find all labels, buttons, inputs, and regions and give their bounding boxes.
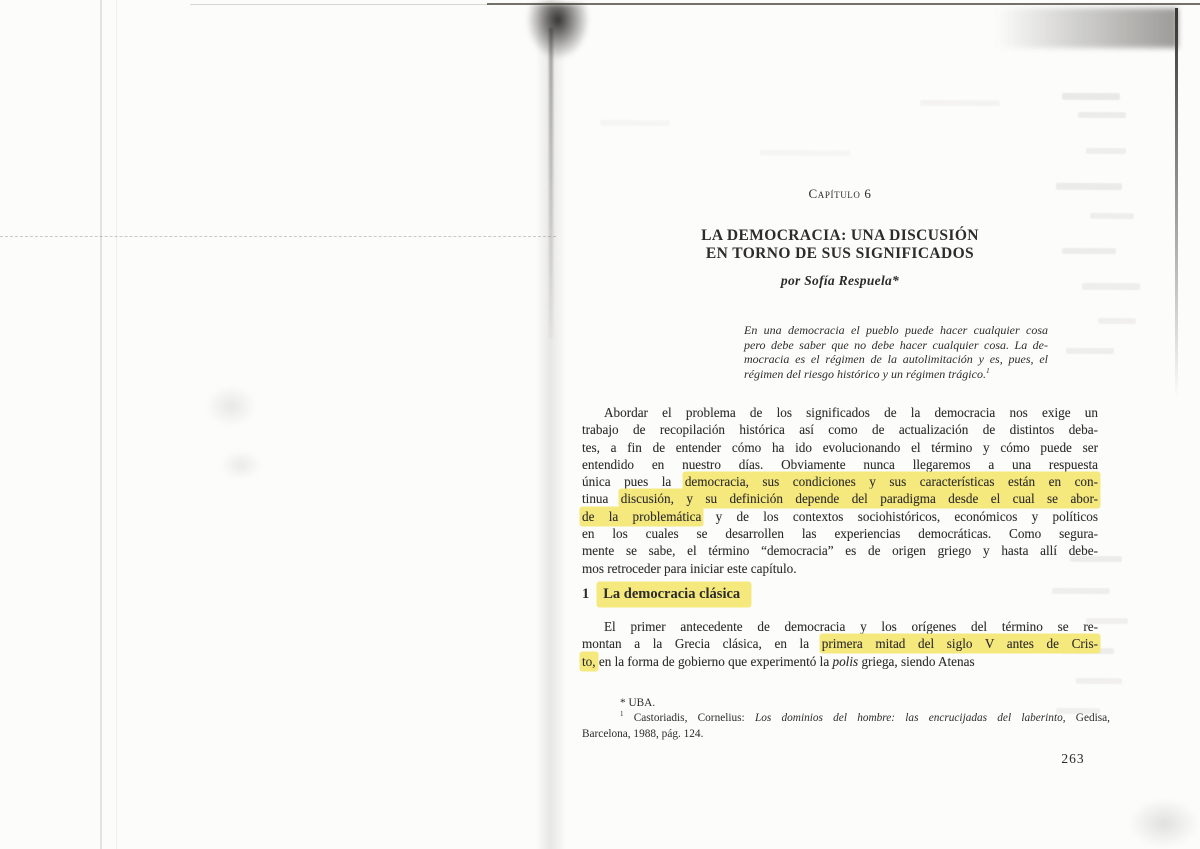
chapter-label: Capítulo 6 [582,186,1098,202]
bleed-through-mark [760,150,850,156]
text-segment: y de los contextos sociohistóricos, econ… [701,509,1098,524]
text-line: Barcelona, 1988, pág. 124. [582,727,1110,742]
bottom-right-smudge [1128,798,1200,849]
chapter-title: LA DEMOCRACIA: UNA DISCUSIÓN EN TORNO DE… [582,227,1098,263]
text-line: Abordar el problema de los significados … [582,404,1098,421]
bleed-through-mark [1090,213,1134,219]
scan-top-edge-line [190,4,490,5]
text-line: régimen del riesgo histórico y un régime… [744,367,1048,382]
left-scanner-crease-faint [116,0,117,849]
text-segment: pero debe saber que no debe hacer cualqu… [744,338,1048,352]
text-line: 1 Castoriadis, Cornelius: Los dominios d… [582,711,1110,726]
bleed-through-mark [920,100,1000,106]
text-line: En una democracia el pueblo puede hacer … [744,323,1048,338]
bleed-through-mark [1066,348,1114,354]
bleed-through-mark [1098,318,1136,324]
highlighted-text: de la problemática [582,509,701,524]
text-segment: entendido en nuestro días. Obviamente nu… [582,457,1098,472]
book-gutter-shadow [536,0,566,849]
text-segment: Abordar el problema de los significados … [604,405,1098,420]
body-paragraph-2: El primer antecedente de democracia y lo… [582,618,1098,670]
text-segment: tes, a fin de entender cómo ha ido evolu… [582,440,1098,455]
bleed-through-mark [600,120,670,126]
text-line: tes, a fin de entender cómo ha ido evolu… [582,439,1098,456]
text-segment: polis [832,654,858,669]
bleed-through-mark [1086,148,1126,154]
text-segment: El primer antecedente de democracia y lo… [604,619,1098,634]
text-segment: Castoriadis, Cornelius: [624,712,755,724]
text-line: en los cuales se desarrollen las experie… [582,525,1098,542]
text-line: trabajo de recopilación histórica así co… [582,421,1098,438]
epigraph-quote: En una democracia el pueblo puede hacer … [744,323,1048,381]
binding-shadow-blob [526,4,590,60]
text-line: to, en la forma de gobierno que experime… [582,653,1098,670]
section-heading: 1La democracia clásica [582,586,1098,603]
footnotes: * UBA.1 Castoriadis, Cornelius: Los domi… [582,696,1110,742]
chapter-title-line-1: LA DEMOCRACIA: UNA DISCUSIÓN [582,227,1098,245]
text-line: de la problemática y de los contextos so… [582,508,1098,525]
highlighted-text: discusión, y su definición depende del p… [621,491,1098,506]
text-line: El primer antecedente de democracia y lo… [582,618,1098,635]
bleed-through-mark [1076,678,1122,684]
bleed-through-smudge [220,450,262,480]
highlighted-text: to, [582,654,596,669]
text-line: mente se sabe, el término “democracia” e… [582,542,1098,559]
text-segment: En una democracia el pueblo puede hacer … [744,323,1048,337]
author-byline: por Sofía Respuela* [582,273,1098,289]
text-segment: tinua [582,491,621,506]
text-segment: mocracia es el régimen de la autolimitac… [744,352,1048,366]
bleed-through-smudge [205,385,257,427]
text-line: montan a la Grecia clásica, en la primer… [582,635,1098,652]
left-scanner-crease [100,0,102,849]
text-segment: , Gedisa, [1063,712,1110,724]
text-segment: en los cuales se desarrollen las experie… [582,526,1098,541]
text-line: mos retroceder para iniciar este capítul… [582,560,1098,577]
highlighted-text: primera mitad del siglo V antes de Cris- [822,636,1098,651]
text-segment: mente se sabe, el término “democracia” e… [582,543,1098,558]
text-line: única pues la democracia, sus condicione… [582,473,1098,490]
horizontal-fold-line [0,236,556,238]
book-gutter-crease [549,28,553,338]
bleed-through-mark [1062,93,1120,100]
page-right-edge-shadow [1175,8,1178,398]
highlighted-text: democracia, sus condiciones y sus caract… [685,474,1098,489]
text-segment: única pues la [582,474,685,489]
text-segment: en la forma de gobierno que experimentó … [596,654,833,669]
scan-top-edge-line-dark [487,3,1200,5]
text-line: * UBA. [582,696,1110,711]
text-segment: * UBA. [620,697,655,709]
text-segment: montan a la Grecia clásica, en la [582,636,822,651]
text-line: entendido en nuestro días. Obviamente nu… [582,456,1098,473]
scanned-book-page: Capítulo 6 LA DEMOCRACIA: UNA DISCUSIÓN … [0,0,1200,849]
bleed-through-mark [1078,112,1126,118]
section-heading-highlighted-text: La democracia clásica [599,584,749,605]
top-right-corner-smudge [995,8,1178,48]
text-line: mocracia es el régimen de la autolimitac… [744,352,1048,367]
text-segment: mos retroceder para iniciar este capítul… [582,561,797,576]
chapter-title-line-2: EN TORNO DE SUS SIGNIFICADOS [582,245,1098,263]
text-segment: 1 [986,366,990,375]
text-segment: Barcelona, 1988, pág. 124. [582,728,703,740]
page-number: 263 [1048,751,1098,767]
section-number: 1 [582,586,589,602]
text-segment: régimen del riesgo histórico y un régime… [744,367,986,381]
text-line: tinua discusión, y su definición depende… [582,490,1098,507]
text-segment: griega, siendo Atenas [858,654,974,669]
body-paragraph-1: Abordar el problema de los significados … [582,404,1098,577]
text-line: pero debe saber que no debe hacer cualqu… [744,338,1048,353]
text-segment: Los dominios del hombre: las encrucijada… [755,712,1063,724]
text-segment: trabajo de recopilación histórica así co… [582,422,1098,437]
